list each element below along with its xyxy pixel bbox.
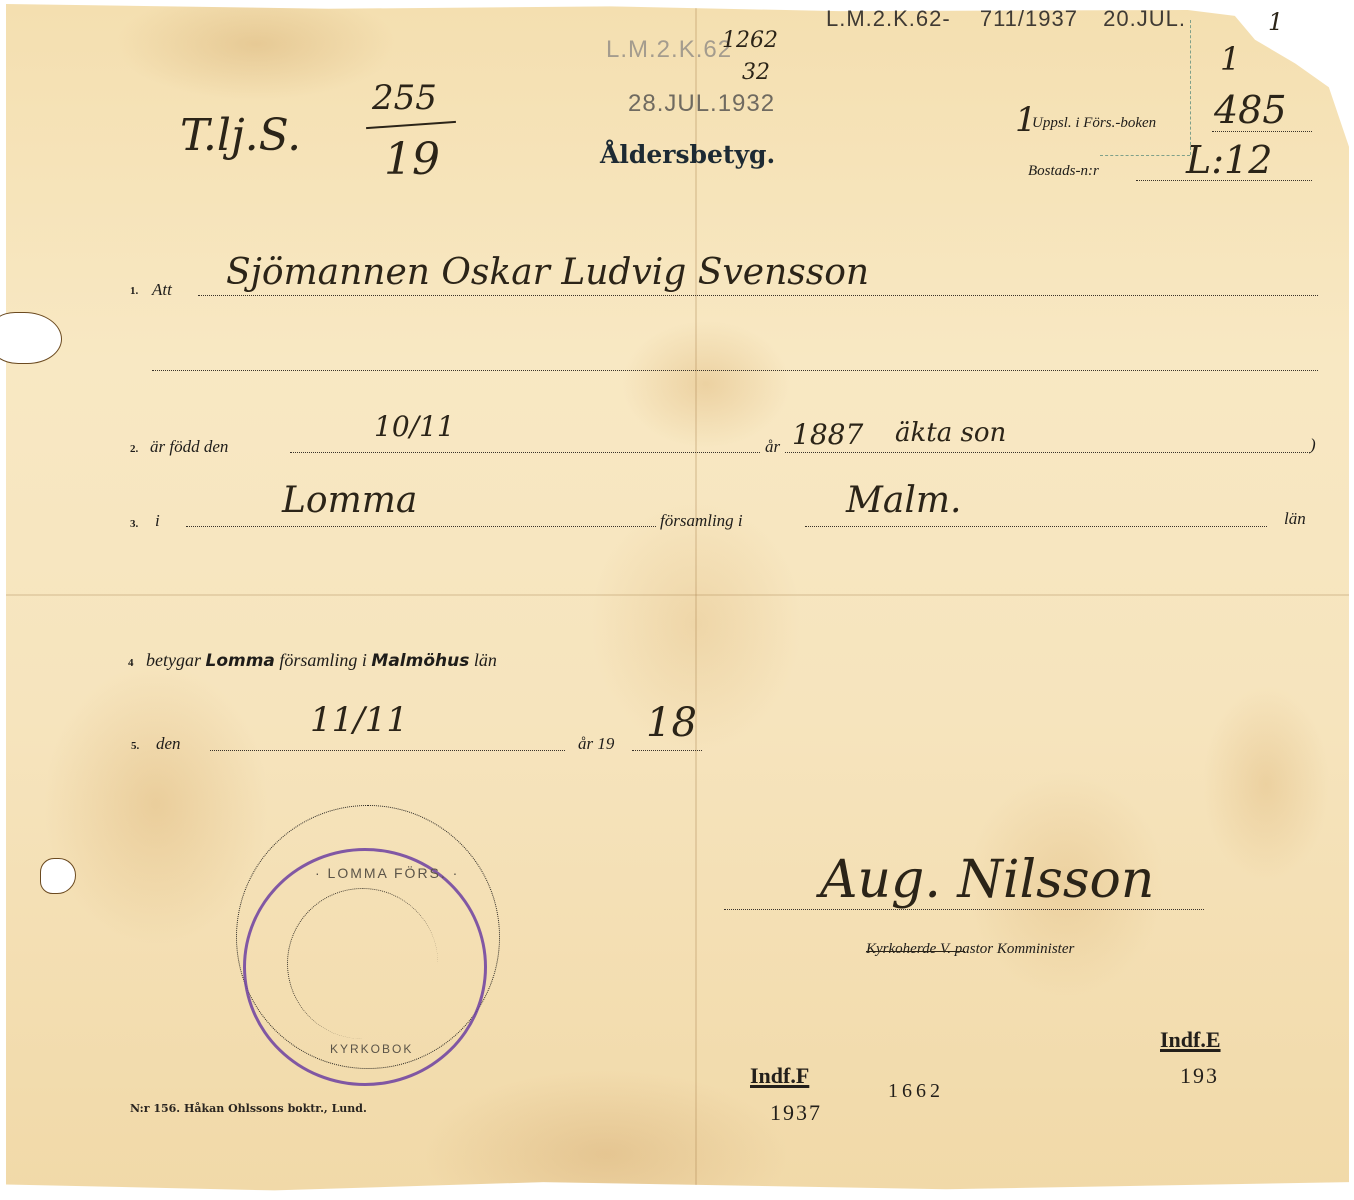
line-4-label: betygar (146, 650, 201, 670)
signature: Aug. Nilsson (820, 850, 1154, 910)
strikethrough-kyrkoherde (866, 951, 965, 952)
line-2-year-value: 1887 (792, 418, 863, 451)
line-3-number: 3. (130, 518, 138, 530)
bostads-value: L:12 (1186, 138, 1272, 182)
line-2-extra: äkta son (895, 418, 1006, 448)
received-stamp: L.M.2.K.62- 711/1937 20.JUL. (826, 6, 1186, 32)
line-4-end-label: län (474, 650, 497, 670)
reference-denominator: 19 (384, 134, 440, 185)
line-2-year-field (785, 452, 1310, 453)
reference-prefix: T.lj.S. (180, 110, 301, 161)
hand-number-top: 1262 (722, 28, 778, 53)
line-1-label: Att (152, 280, 172, 300)
faded-stamp-date: 28.JUL.1932 (628, 90, 775, 118)
faded-stamp: L.M.2.K.62 (606, 36, 732, 64)
line-5-label: den (156, 734, 181, 754)
line-1-value: Sjömannen Oskar Ludvig Svensson (226, 252, 869, 293)
line-2-label: är född den (150, 437, 228, 457)
line-3-mid-value: Malm. (846, 480, 961, 521)
line-2-value: 10/11 (374, 410, 455, 443)
line-2-number: 2. (130, 443, 138, 455)
line-4-number: 4 (128, 657, 134, 669)
corner-mark: 1 (1268, 8, 1283, 36)
fold-line-vertical (695, 4, 697, 1194)
document-title: Åldersbetyg. (600, 140, 775, 169)
stamp-number: 1662 (888, 1080, 944, 1103)
printer-line: N:r 156. Håkan Ohlssons boktr., Lund. (130, 1102, 367, 1115)
seal-top-text: · LOMMA FÖRS. · (315, 865, 459, 881)
bostads-label: Bostads-n:r (1028, 163, 1099, 180)
line-5-value: 11/11 (310, 700, 408, 740)
seal-inner-ring (287, 888, 438, 1039)
seal-bottom-text: KYRKOBOK (330, 1042, 413, 1056)
line-5-year-label: år 19 (578, 734, 614, 754)
line-4-county: Malmöhus (371, 651, 469, 671)
hand-number-bottom: 32 (742, 60, 770, 85)
scan-frame: L.M.2.K.62- 711/1937 20.JUL. L.M.2.K.62 … (0, 0, 1354, 1200)
line-3-mid-label: församling i (660, 511, 743, 531)
stamp-outline (1190, 20, 1192, 155)
line-5-field (210, 750, 565, 751)
reference-numerator: 255 (372, 78, 437, 118)
line-3-value: Lomma (282, 480, 417, 521)
line-3-end-label: län (1284, 509, 1306, 529)
line-2-close: ) (1310, 435, 1316, 455)
line-4: 4 betygar Lomma församling i Malmöhus lä… (128, 650, 497, 671)
stamp-outline (1100, 155, 1190, 156)
line-3-label: i (155, 511, 160, 531)
line-3-mid-field (805, 526, 1267, 527)
indf-e-stamp: Indf.E (1160, 1027, 1221, 1053)
uppsl-value: 485 (1214, 88, 1287, 132)
indf-f-stamp: Indf.F (750, 1063, 809, 1089)
line-1-number: 1. (130, 285, 138, 297)
line-3-field (186, 526, 656, 527)
uppsl-label: Uppsl. i Förs.-boken (1032, 115, 1156, 132)
line-5-number: 5. (131, 740, 139, 752)
line-1-continuation (152, 370, 1318, 371)
indf-f-year: 1937 (770, 1100, 822, 1126)
line-1-field (198, 295, 1318, 296)
document-paper (6, 4, 1349, 1194)
line-5-year-field (632, 750, 702, 751)
line-2-year-label: år (765, 437, 780, 457)
line-5-year-value: 18 (646, 700, 697, 746)
signature-title: Kyrkoherde V. pastor Komminister (866, 941, 1074, 958)
fold-line-horizontal (6, 594, 1349, 596)
indf-e-year: 193 (1180, 1063, 1219, 1089)
line-4-parish: Lomma (205, 651, 274, 671)
line-4-mid-label: församling i (279, 650, 367, 670)
line-2-field (290, 452, 760, 453)
uppsl-fraction-top: 1 (1220, 40, 1240, 78)
